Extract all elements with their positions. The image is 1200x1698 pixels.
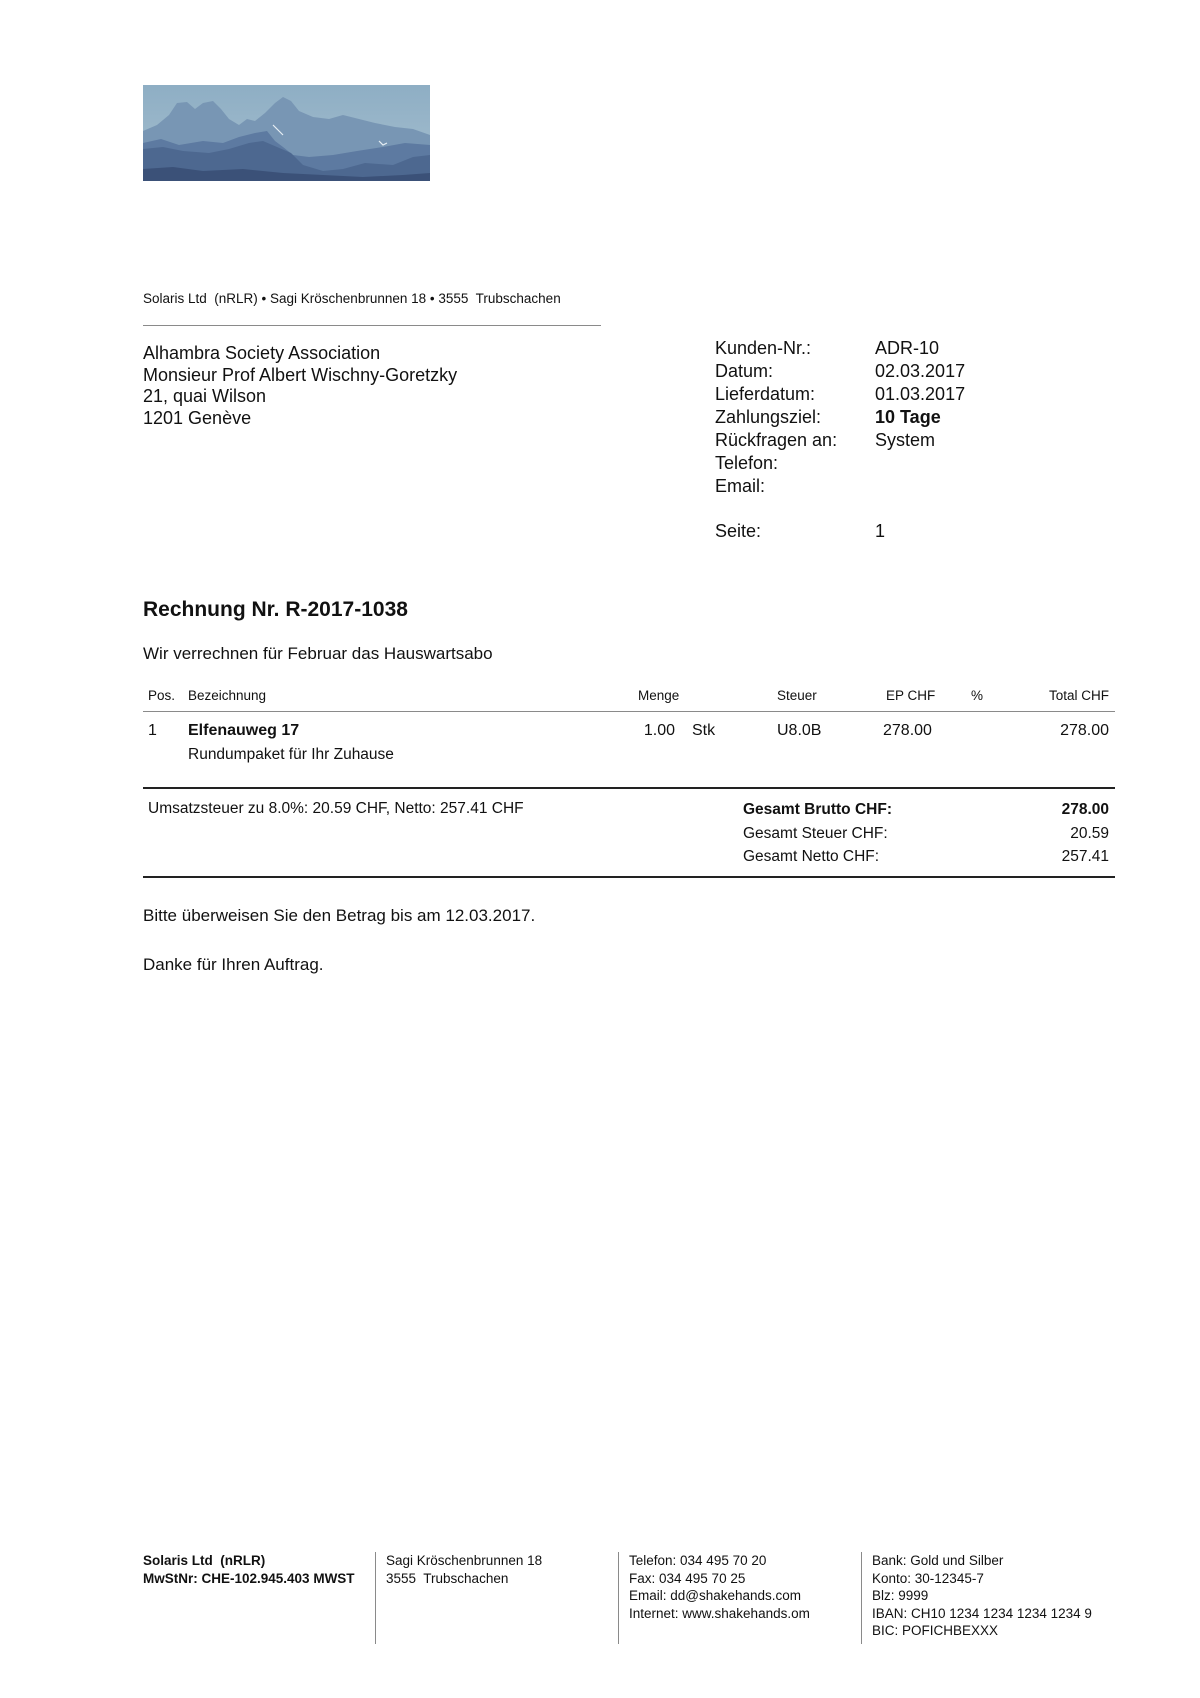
footer-line: Fax: 034 495 70 25	[629, 1570, 861, 1588]
meta-value: System	[875, 429, 935, 452]
footer-line: IBAN: CH10 1234 1234 1234 1234 9	[872, 1605, 1112, 1623]
meta-value: ADR-10	[875, 337, 939, 360]
footer-line: Telefon: 034 495 70 20	[629, 1552, 861, 1570]
invoice-intro: Wir verrechnen für Februar das Hauswarts…	[143, 644, 493, 664]
vat-note: Umsatzsteuer zu 8.0%: 20.59 CHF, Netto: …	[148, 800, 524, 818]
invoice-title: Rechnung Nr. R-2017-1038	[143, 598, 408, 622]
meta-email: Email:	[715, 475, 965, 498]
meta-date: Datum: 02.03.2017	[715, 360, 965, 383]
recipient-line: 1201 Genève	[143, 408, 457, 430]
row-tax: U8.0B	[777, 722, 821, 740]
meta-label: Datum:	[715, 360, 875, 383]
footer-address: Sagi Kröschenbrunnen 18 3555 Trubschache…	[375, 1552, 618, 1644]
invoice-meta: Kunden-Nr.: ADR-10 Datum: 02.03.2017 Lie…	[715, 337, 965, 543]
total-gross-label: Gesamt Brutto CHF:	[743, 800, 892, 824]
sender-address-line: Solaris Ltd (nRLR) • Sagi Kröschenbrunne…	[143, 291, 561, 306]
footer-contact: Telefon: 034 495 70 20 Fax: 034 495 70 2…	[618, 1552, 861, 1644]
total-gross: Gesamt Brutto CHF: 278.00	[743, 800, 1109, 824]
row-pos: 1	[148, 722, 157, 740]
footer-line: Blz: 9999	[872, 1587, 1112, 1605]
row-total: 278.00	[1060, 722, 1109, 740]
footer-company: Solaris Ltd (nRLR) MwStNr: CHE-102.945.4…	[143, 1552, 375, 1644]
meta-label: Kunden-Nr.:	[715, 337, 875, 360]
meta-label: Rückfragen an:	[715, 429, 875, 452]
recipient-line: 21, quai Wilson	[143, 386, 457, 408]
footer-line: BIC: POFICHBEXXX	[872, 1622, 1112, 1640]
footer-line: Solaris Ltd (nRLR)	[143, 1552, 375, 1570]
footer-line: Email: dd@shakehands.com	[629, 1587, 861, 1605]
meta-label: Zahlungsziel:	[715, 406, 875, 429]
meta-value: 10 Tage	[875, 406, 941, 429]
total-net: Gesamt Netto CHF: 257.41	[743, 847, 1109, 871]
meta-label: Lieferdatum:	[715, 383, 875, 406]
meta-label: Telefon:	[715, 452, 875, 475]
meta-spacer	[715, 498, 965, 520]
footer-line: Bank: Gold und Silber	[872, 1552, 1112, 1570]
meta-payment-terms: Zahlungsziel: 10 Tage	[715, 406, 965, 429]
total-tax-value: 20.59	[1070, 824, 1109, 848]
line-items-table: Pos. Bezeichnung Menge Steuer EP CHF % T…	[143, 686, 1115, 776]
header-description: Bezeichnung	[188, 688, 266, 703]
page-footer: Solaris Ltd (nRLR) MwStNr: CHE-102.945.4…	[143, 1552, 1112, 1644]
meta-phone: Telefon:	[715, 452, 965, 475]
mountain-landscape-icon	[143, 85, 430, 181]
recipient-address: Alhambra Society Association Monsieur Pr…	[143, 343, 457, 429]
summary-bottom-divider	[143, 876, 1115, 878]
total-net-label: Gesamt Netto CHF:	[743, 847, 879, 871]
footer-line: Konto: 30-12345-7	[872, 1570, 1112, 1588]
meta-value: 02.03.2017	[875, 360, 965, 383]
table-header: Pos. Bezeichnung Menge Steuer EP CHF % T…	[143, 686, 1115, 712]
meta-label: Seite:	[715, 520, 875, 543]
footer-bank: Bank: Gold und Silber Konto: 30-12345-7 …	[861, 1552, 1112, 1644]
meta-value: 01.03.2017	[875, 383, 965, 406]
payment-note: Bitte überweisen Sie den Betrag bis am 1…	[143, 906, 535, 926]
row-unit: Stk	[692, 722, 715, 740]
meta-value: 1	[875, 520, 885, 543]
header-pos: Pos.	[148, 688, 175, 703]
footer-line: 3555 Trubschachen	[386, 1570, 618, 1588]
meta-contact: Rückfragen an: System	[715, 429, 965, 452]
footer-line: Internet: www.shakehands.om	[629, 1605, 861, 1623]
thanks-note: Danke für Ihren Auftrag.	[143, 955, 324, 975]
row-title: Elfenauweg 17	[188, 722, 299, 740]
total-net-value: 257.41	[1062, 847, 1109, 871]
header-total: Total CHF	[1049, 688, 1109, 703]
company-logo-image	[143, 85, 430, 181]
table-row: 1 Elfenauweg 17 Rundumpaket für Ihr Zuha…	[143, 712, 1115, 776]
meta-page: Seite: 1	[715, 520, 965, 543]
row-unit-price: 278.00	[883, 722, 932, 740]
header-quantity: Menge	[638, 688, 679, 703]
summary-top-divider	[143, 787, 1115, 789]
footer-line: Sagi Kröschenbrunnen 18	[386, 1552, 618, 1570]
totals-block: Gesamt Brutto CHF: 278.00 Gesamt Steuer …	[743, 800, 1109, 871]
row-quantity: 1.00	[644, 722, 675, 740]
recipient-line: Alhambra Society Association	[143, 343, 457, 365]
sender-divider	[143, 325, 601, 326]
header-unit-price: EP CHF	[886, 688, 935, 703]
meta-label: Email:	[715, 475, 875, 498]
row-subtitle: Rundumpaket für Ihr Zuhause	[188, 746, 394, 764]
total-gross-value: 278.00	[1062, 800, 1109, 824]
header-tax: Steuer	[777, 688, 817, 703]
header-discount: %	[971, 688, 983, 703]
recipient-line: Monsieur Prof Albert Wischny-Goretzky	[143, 365, 457, 387]
total-tax: Gesamt Steuer CHF: 20.59	[743, 824, 1109, 848]
meta-customer-no: Kunden-Nr.: ADR-10	[715, 337, 965, 360]
total-tax-label: Gesamt Steuer CHF:	[743, 824, 888, 848]
meta-delivery-date: Lieferdatum: 01.03.2017	[715, 383, 965, 406]
footer-line: MwStNr: CHE-102.945.403 MWST	[143, 1570, 375, 1588]
